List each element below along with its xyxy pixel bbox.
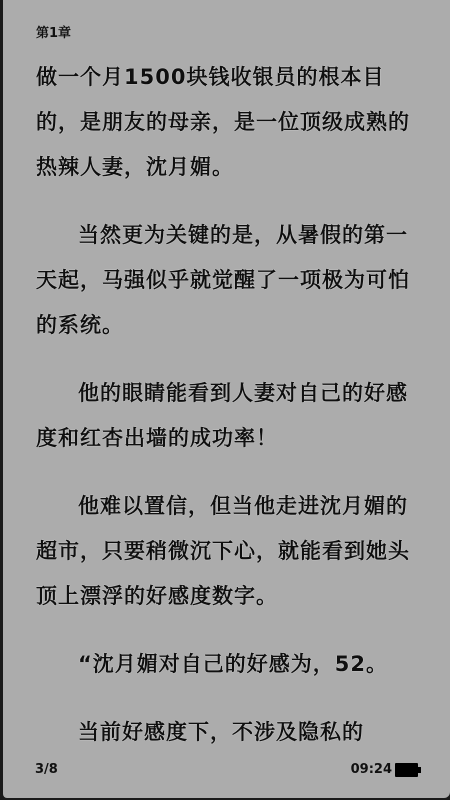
- paragraph: 当前好感度下，不涉及隐私的: [36, 710, 416, 755]
- paragraph: 他难以置信，但当他走进沈月媚的超市，只要稍微沉下心，就能看到她头顶上漂浮的好感度…: [36, 484, 416, 619]
- clock-time: 09:24: [351, 762, 392, 777]
- paragraph: 做一个月1500块钱收银员的根本目的，是朋友的母亲，是一位顶级成熟的热辣人妻，沈…: [36, 55, 416, 190]
- page-indicator: 3/8: [35, 762, 58, 777]
- battery-full-icon: [395, 763, 418, 777]
- status-area: 09:24: [351, 762, 418, 777]
- reading-content[interactable]: 做一个月1500块钱收银员的根本目的，是朋友的母亲，是一位顶级成熟的热辣人妻，沈…: [36, 55, 416, 778]
- paragraph: 当然更为关键的是，从暑假的第一天起，马强似乎就觉醒了一项极为可怕的系统。: [36, 213, 416, 348]
- chapter-title: 第1章: [36, 22, 71, 41]
- reader-screen[interactable]: 第1章 做一个月1500块钱收银员的根本目的，是朋友的母亲，是一位顶级成熟的热辣…: [3, 0, 450, 798]
- paragraph: 他的眼睛能看到人妻对自己的好感度和红杏出墙的成功率！: [36, 371, 416, 461]
- paragraph: “沈月媚对自己的好感为，52。: [36, 642, 416, 687]
